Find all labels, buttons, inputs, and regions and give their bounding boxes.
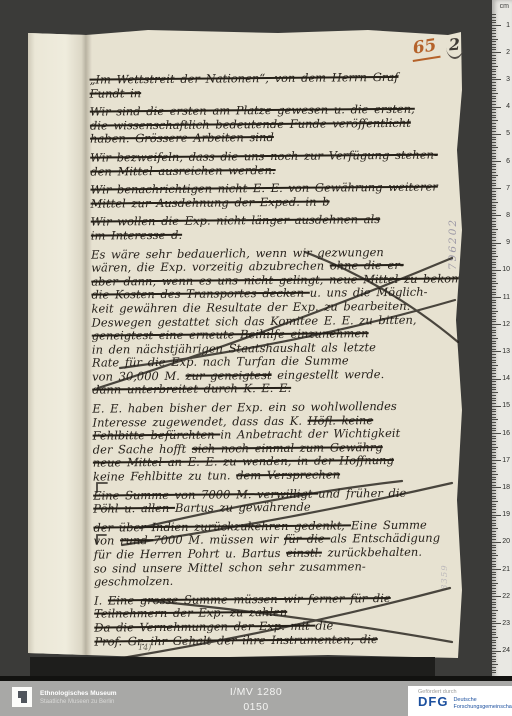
ruler-tick [492,569,501,570]
ruler-number: 5 [506,130,510,138]
ruler-number: 24 [502,647,510,655]
ruler-tick [492,482,496,483]
manuscript-paragraph: Wir wollen die Exp. nicht länger ausdehn… [91,213,457,243]
ruler-tick [492,428,496,429]
ruler-number: 21 [502,566,510,574]
ruler-tick [492,613,496,614]
ruler-tick [492,218,496,219]
ruler-tick [492,28,496,29]
ruler-tick [492,373,496,374]
ruler-number: 16 [502,430,510,438]
ruler-tick [492,406,501,407]
struck-text: für die [284,532,330,546]
struck-text: dann unterbreitet durch K. E. E. [92,381,291,397]
ruler-tick [492,403,496,404]
manuscript-line: Mittel zur Ausdehnung der Exped. in b [91,194,457,211]
ruler-tick [492,381,496,382]
ruler-number: 9 [506,239,510,247]
ruler-tick [492,259,496,260]
ruler-number: 12 [502,321,510,329]
ruler-tick [492,392,498,393]
manuscript-paragraph: der über Indien zurückzukehren gedenkt; … [93,518,460,589]
ruler-tick [492,226,496,227]
funding-panel: Gefördert durch DFG Deutsche Forschungsg… [408,686,512,716]
struck-text: einstl. [286,546,322,560]
ruler-tick [492,370,496,371]
ruler-number: 10 [502,266,510,274]
ruler-tick [492,292,496,293]
ruler-tick [492,47,496,48]
ruler-tick [492,419,498,420]
ruler-tick [492,137,496,138]
ruler-tick [492,169,496,170]
ruler-tick [492,145,496,146]
ruler-tick [492,88,496,89]
ruler-tick [492,243,501,244]
ruler-tick [492,602,496,603]
ruler-tick [492,49,496,50]
ruler-tick [492,574,496,575]
dfg-org-name: Deutsche Forschungsgemeinschaft [453,697,512,710]
ruler-tick [492,286,496,287]
ruler-tick [492,610,498,611]
ruler-tick [492,596,501,597]
ruler-tick [492,17,496,18]
ruler-tick [492,651,501,652]
struck-text: haben. Grössere Arbeiten sind [90,130,274,146]
ruler-tick [492,237,496,238]
ruler-tick [492,493,496,494]
ruler-tick [492,496,496,497]
ruler-tick [492,191,496,192]
struck-text: im Interesse d. [91,228,182,243]
ruler-tick [492,506,496,507]
ruler-tick [492,120,498,121]
ruler-tick [492,637,498,638]
scan-viewer: „Im Wettstreit der Nationen“, von dem He… [0,0,512,716]
ruler-tick [492,585,496,586]
manuscript-paragraph: Eine Summe von 7000 M. verwilligt und fr… [93,486,459,516]
ruler-tick [492,561,496,562]
manuscript-line: keine Fehlbitte zu tun. dem Versprechen [93,467,459,484]
manuscript-line: Pöhl u. allen Bartus zu gewährende [93,500,459,517]
ruler-tick [492,324,501,325]
ruler-tick [492,438,496,439]
ruler-tick [492,251,496,252]
folio-number: 65 [409,35,440,62]
manuscript-page: „Im Wettstreit der Nationen“, von dem He… [28,30,462,658]
ruler-number: 8 [506,212,510,220]
ruler-tick [492,411,496,412]
ruler-tick [492,264,496,265]
ruler-tick [492,98,496,99]
ruler-tick [492,128,496,129]
ruler-tick [492,262,496,263]
ruler-tick [492,564,496,565]
ruler-tick [492,580,496,581]
ruler-tick [492,175,498,176]
ruler-tick [492,20,496,21]
ruler-tick [492,588,496,589]
manuscript-text: Eine Summe [351,517,427,532]
ruler-tick [492,33,496,34]
ruler-tick [492,667,496,668]
ruler-tick [492,215,501,216]
ruler-tick [492,550,496,551]
ruler-tick [492,213,496,214]
ruler-tick [492,330,496,331]
manuscript-paragraph: Wir benachrichtigen nicht E. E. von Gewä… [90,181,456,211]
ruler-tick [492,436,496,437]
ruler-tick [492,400,496,401]
ruler-tick [492,566,496,567]
ruler-tick [492,501,498,502]
ruler-tick [492,107,501,108]
manuscript-paragraph: Wir sind die ersten am Platze gewesen u.… [90,103,456,147]
struck-text: Mittel zur Ausdehnung der Exped. in b [91,194,330,210]
ruler-tick [492,558,496,559]
ruler-tick [492,555,498,556]
ruler-tick [492,661,496,662]
ruler-tick [492,351,501,352]
manuscript: „Im Wettstreit der Nationen“, von dem He… [89,70,460,653]
ruler-tick [492,414,496,415]
ruler-tick [492,379,501,380]
ruler-tick [492,672,496,673]
ruler-tick [492,156,496,157]
ruler-tick [492,604,496,605]
ruler-tick [492,591,496,592]
ruler-tick [492,41,496,42]
ruler-tick [492,447,498,448]
manuscript-line: dann unterbreitet durch K. E. E. [92,381,458,398]
ruler-tick [492,509,496,510]
ruler-tick [492,270,501,271]
ruler-tick [492,618,496,619]
ruler-tick [492,180,496,181]
ruler-tick [492,101,496,102]
ruler-number: 15 [502,402,510,410]
ruler-tick [492,221,496,222]
ruler-tick [492,205,496,206]
ruler-tick [492,645,496,646]
ruler-tick [492,139,496,140]
page-fold-strip [28,32,86,660]
ruler-tick [492,79,501,80]
ruler-tick [492,253,496,254]
ruler-tick [492,126,496,127]
ruler-tick [492,517,496,518]
ruler-tick [492,520,496,521]
ruler-tick [492,112,496,113]
manuscript-text: der Sache hofft [93,442,192,457]
manuscript-line: im Interesse d. [91,226,457,243]
ruler-tick [492,444,496,445]
ruler-tick [492,60,496,61]
ruler-number: 3 [506,76,510,84]
ruler-tick [492,463,496,464]
ruler-tick [492,577,496,578]
ruler-tick [492,487,501,488]
ruler-tick [492,30,496,31]
ruler-tick [492,104,496,105]
ruler-tick [492,515,501,516]
ruler-tick [492,523,496,524]
ruler-tick [492,229,498,230]
ruler-tick [492,346,496,347]
ruler-tick [492,621,496,622]
ruler-tick [492,512,496,513]
ruler-tick [492,387,496,388]
ruler-number: 18 [502,484,510,492]
ruler-tick [492,71,496,72]
ruler-tick [492,417,496,418]
ruler-tick [492,343,496,344]
ruler-tick [492,289,496,290]
ruler-tick [492,109,496,110]
ruler-tick [492,224,496,225]
ruler-tick [492,311,498,312]
ruler-tick [492,485,496,486]
ruler-tick [492,234,496,235]
ruler-tick [492,441,496,442]
ruler-tick [492,256,498,257]
manuscript-paragraph: Es wäre sehr bedauerlich, wenn wir gezwu… [91,245,458,398]
ruler-tick [492,281,496,282]
ruler-tick [492,123,496,124]
ruler-tick [492,490,496,491]
ruler-tick [492,634,496,635]
ruler-tick [492,300,496,301]
ruler-tick [492,172,496,173]
ruler-tick [492,525,496,526]
ruler-tick [492,153,496,154]
ruler-tick [492,275,496,276]
ruler-tick [492,449,496,450]
ruler-tick [492,58,496,59]
ruler-tick [492,395,496,396]
ruler-tick [492,528,498,529]
ruler-tick [492,22,496,23]
ruler-tick [492,389,496,390]
ruler-tick [492,479,496,480]
ruler-number: 7 [506,185,510,193]
ruler-tick [492,629,496,630]
ruler-tick [492,183,496,184]
ruler-tick [492,452,496,453]
ruler-tick [492,457,496,458]
ruler-tick [492,659,496,660]
ruler-tick [492,313,496,314]
struck-text: zur geneigtest [186,368,272,383]
ruler-tick [492,354,496,355]
struck-text: rund [120,533,153,547]
ruler-tick [492,341,496,342]
manuscript-text: die [315,618,333,632]
manuscript-text: als Entschädigung [330,531,440,546]
ruler-tick [492,623,501,624]
manuscript-line: geschmolzen. [94,573,460,590]
ruler-tick [492,194,496,195]
ruler-tick [492,134,501,135]
ruler-tick [492,240,496,241]
ruler-tick [492,294,496,295]
ruler-number: 1 [506,22,510,30]
ruler-tick [492,188,501,189]
ruler-tick [492,77,496,78]
ruler-tick [492,632,496,633]
ruler-tick [492,384,496,385]
ruler-number: 6 [506,158,510,166]
manuscript-text: so sind unsere Mittel schon sehr zusamme… [94,559,366,575]
ruler-tick [492,471,496,472]
manuscript-paragraph: „Im Wettstreit der Nationen“, von dem He… [89,70,455,100]
ruler-tick [492,474,498,475]
ruler-tick [492,422,496,423]
ruler-tick [492,321,496,322]
ruler-tick [492,536,496,537]
ruler-tick [492,283,498,284]
dfg-logo: DFG [418,696,448,708]
ruler-tick [492,131,496,132]
struck-text: Wir wollen die Exp. nicht länger ausdehn… [91,212,381,229]
ruler-number: 11 [503,294,510,302]
struck-text: Prof. Gr. ihr Gehalt der ihre Instrument… [94,632,377,648]
struck-text: dem Versprechen [236,467,340,482]
ruler-number: 17 [502,457,510,465]
ruler-tick [492,542,501,543]
ruler-tick [492,142,496,143]
ruler-tick [492,430,496,431]
marginal-note: 14) [138,643,151,652]
ruler-tick [492,66,498,67]
ruler-tick [492,468,496,469]
ruler-tick [492,232,496,233]
ruler-tick [492,177,496,178]
ruler-tick [492,599,496,600]
ruler-tick [492,185,496,186]
ruler-tick [492,207,496,208]
ruler-tick [492,477,496,478]
manuscript-paragraph: Wir bezweifeln, dass die uns noch zur Ve… [90,148,456,178]
ruler-tick [492,196,496,197]
struck-text: „Im Wettstreit der Nationen“, von dem He… [89,70,398,87]
ruler-tick [492,164,496,165]
ruler-number: 4 [506,103,510,111]
ruler-tick [492,534,496,535]
ruler-tick [492,297,501,298]
ruler-tick [492,572,496,573]
ruler-tick [492,93,498,94]
ruler-tick [492,199,496,200]
ruler-tick [492,362,496,363]
ruler-tick [492,166,496,167]
page-bottom-shadow [30,657,435,676]
ruler-tick [492,14,496,15]
manuscript-paragraph: I. Eine grosse Summe müssen wir ferner f… [94,591,460,649]
inventory-stamp-number: 796202 [447,182,459,270]
ruler-tick [492,626,496,627]
ruler-tick [492,161,501,162]
ruler-tick [492,539,496,540]
ruler-tick [492,335,496,336]
manuscript-text: von [93,534,120,548]
ruler-tick [492,308,496,309]
ruler-tick [492,504,496,505]
manuscript-text: von 30,000 M. [92,369,186,384]
ruler-tick [492,409,496,410]
ruler-tick [492,210,496,211]
ruler-tick [492,583,498,584]
ruler-tick [492,357,496,358]
ruler-tick [492,267,496,268]
ruler-number: 23 [502,620,510,628]
ruler-tick [492,150,496,151]
ruler-tick [492,316,496,317]
ruler-tick [492,115,496,116]
ruler-tick [492,36,496,37]
manuscript-text: und früher die [318,485,406,500]
ruler-tick [492,349,496,350]
ruler-number: 2 [506,49,510,57]
ruler-tick [492,90,496,91]
ruler-tick [492,82,496,83]
ruler-number: 13 [502,348,510,356]
ruler-tick [492,96,496,97]
manuscript-text: zurückbehalten. [322,545,422,560]
ruler-tick [492,332,496,333]
ruler-tick [492,640,496,641]
ruler-tick [492,670,496,671]
manuscript-line: den Mittel ausreichen werden. [90,162,456,179]
ruler-tick [492,52,501,53]
ruler-tick [492,273,496,274]
manuscript-text: Bartus zu gewährende [175,500,311,515]
footer-bar: Ethnologisches Museum Staatliche Museen … [0,681,512,716]
ruler-tick [492,553,496,554]
ruler-tick [492,338,498,339]
faint-pencil-number: 8359 [440,536,450,590]
ruler-tick [492,648,496,649]
ruler-tick [492,55,496,56]
ruler-tick [492,531,496,532]
manuscript-text: I. [94,593,108,607]
ruler-tick [492,593,496,594]
ruler-tick [492,69,496,70]
struck-text: Pöhl u. allen [93,501,175,516]
ruler-tick [492,368,496,369]
ruler-tick [492,278,496,279]
ruler-tick [492,158,496,159]
ruler-tick [492,245,496,246]
ruler-tick [492,63,496,64]
manuscript-text: keine Fehlbitte zu tun. [93,468,236,483]
ruler-tick [492,615,496,616]
manuscript-paragraph: E. E. haben bisher der Exp. ein so wohlw… [92,399,459,484]
ruler-tick [492,85,496,86]
ruler-tick [492,305,496,306]
struck-text: ohne die er- [330,258,404,273]
ruler-tick [492,74,496,75]
ruler-number: 14 [502,375,510,383]
ruler-tick [492,498,496,499]
ruler-tick [492,433,501,434]
struck-text: Höfl. keine [308,413,374,428]
ruler-tick [492,319,496,320]
ruler-tick [492,365,498,366]
ruler-tick [492,547,496,548]
ruler-tick [492,302,496,303]
